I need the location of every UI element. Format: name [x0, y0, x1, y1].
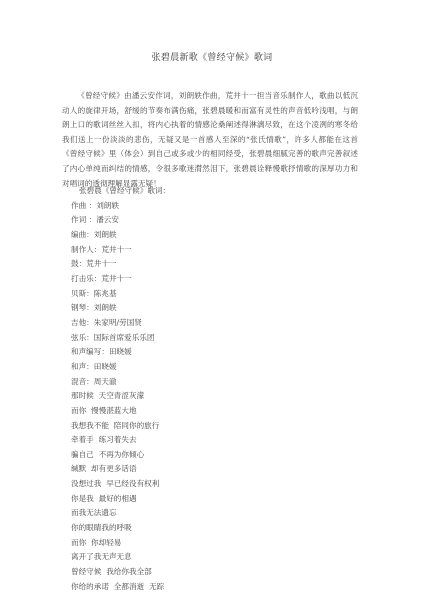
lyric-line: 和声编写：田晓媛	[71, 345, 170, 360]
lyric-line: 贝斯：陈兆基	[71, 287, 170, 302]
lyric-line: 离开了我无声无息	[71, 550, 170, 565]
lyric-line: 编曲：刘朗轶	[71, 228, 170, 243]
lyric-line: 制作人：荒井十一	[71, 243, 170, 258]
lyric-line: 而你 你却轻易	[71, 536, 170, 551]
lyric-line: 你的眼睛我的呼吸	[71, 521, 170, 536]
lyric-line: 而你 慢慢湛蓝大地	[71, 404, 170, 419]
lyric-line: 弦乐：国际首席爱乐乐团	[71, 331, 170, 346]
lyric-line: 你是我 最好的相遇	[71, 492, 170, 507]
lyric-line: 缄默 却有更多话语	[71, 462, 170, 477]
lyric-line: 打击乐：荒井十一	[71, 272, 170, 287]
lyric-line: 你给的承诺 全都消逝 无踪	[71, 580, 170, 595]
document-page: 张碧晨新歌《曾经守候》歌词 《曾经守候》由潘云安作词，刘朗轶作曲，荒井十一担当音…	[0, 0, 424, 600]
lyric-line: 作词 ：潘云安	[71, 213, 170, 228]
lyric-line: 作曲 ：刘朗轶	[71, 199, 170, 214]
lyrics-heading: 张碧晨《曾经守候》歌词：	[71, 184, 170, 199]
lyric-line: 吉他：朱家明/劳国贤	[71, 316, 170, 331]
lyric-line: 鼓：荒井十一	[71, 257, 170, 272]
lyric-line: 和声：田晓媛	[71, 360, 170, 375]
document-title: 张碧晨新歌《曾经守候》歌词	[0, 50, 424, 63]
lyric-line: 混音：周天澈	[71, 375, 170, 390]
lyric-line: 牵着手 练习着失去	[71, 433, 170, 448]
lyric-line: 而我无法遗忘	[71, 506, 170, 521]
lyric-line: 我想我不能 陪同你的旅行	[71, 419, 170, 434]
lyric-line: 骗自己 不再为你倾心	[71, 448, 170, 463]
intro-paragraph: 《曾经守候》由潘云安作词，刘朗轶作曲，荒井十一担当音乐制作人，歌曲以低沉动人的旋…	[62, 89, 358, 191]
lyric-line: 那时候 天空青涩灰濛	[71, 389, 170, 404]
lyric-line: 没想过我 早已经没有权利	[71, 477, 170, 492]
lyric-line: 曾经守候 我给你我全部	[71, 565, 170, 580]
lyric-line: 钢琴：刘朗轶	[71, 301, 170, 316]
lyrics-list: 张碧晨《曾经守候》歌词： 作曲 ：刘朗轶 作词 ：潘云安 编曲：刘朗轶 制作人：…	[71, 184, 170, 594]
